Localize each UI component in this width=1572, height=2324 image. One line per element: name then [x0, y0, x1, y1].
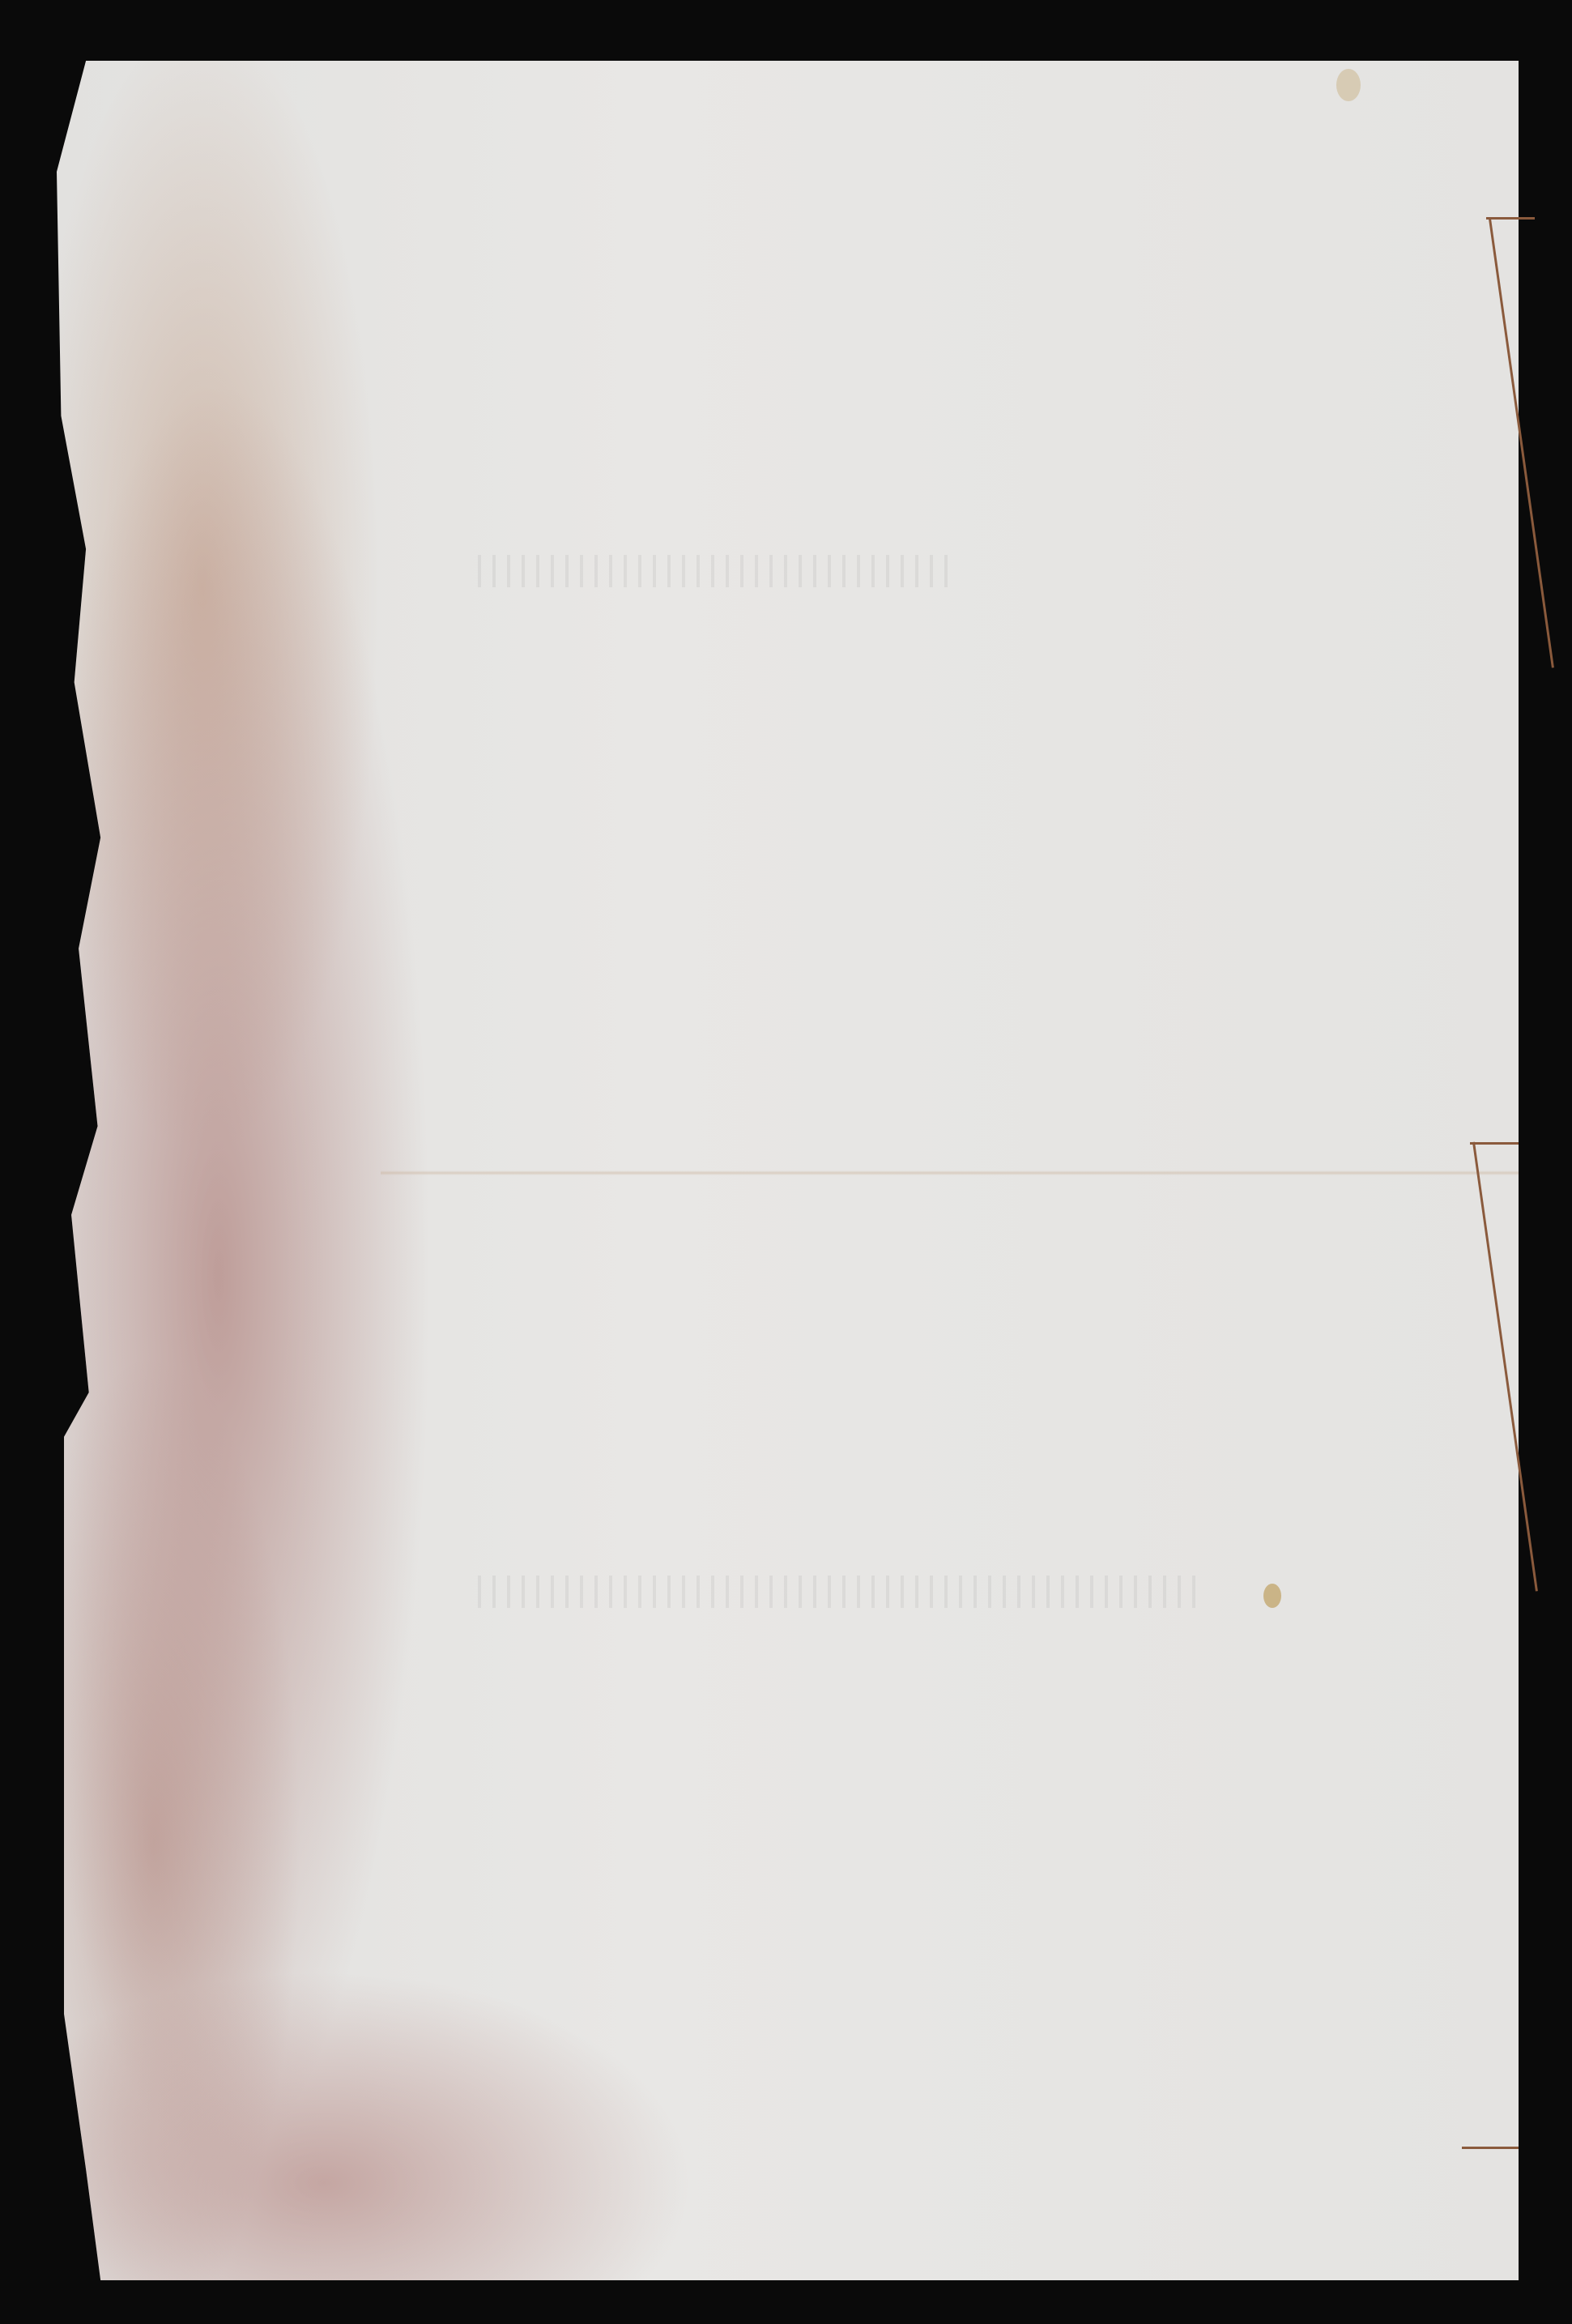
ink-bleed-through [478, 1576, 1207, 1608]
binding-thread [1462, 2147, 1519, 2149]
paper-sheet [57, 61, 1519, 2280]
horizontal-fold-crease [381, 1171, 1519, 1175]
binding-thread [1470, 1142, 1519, 1145]
binding-thread [1486, 217, 1535, 220]
foxing-spot [1336, 69, 1361, 101]
foxing-spot [1263, 1584, 1281, 1608]
ink-bleed-through [478, 555, 948, 587]
